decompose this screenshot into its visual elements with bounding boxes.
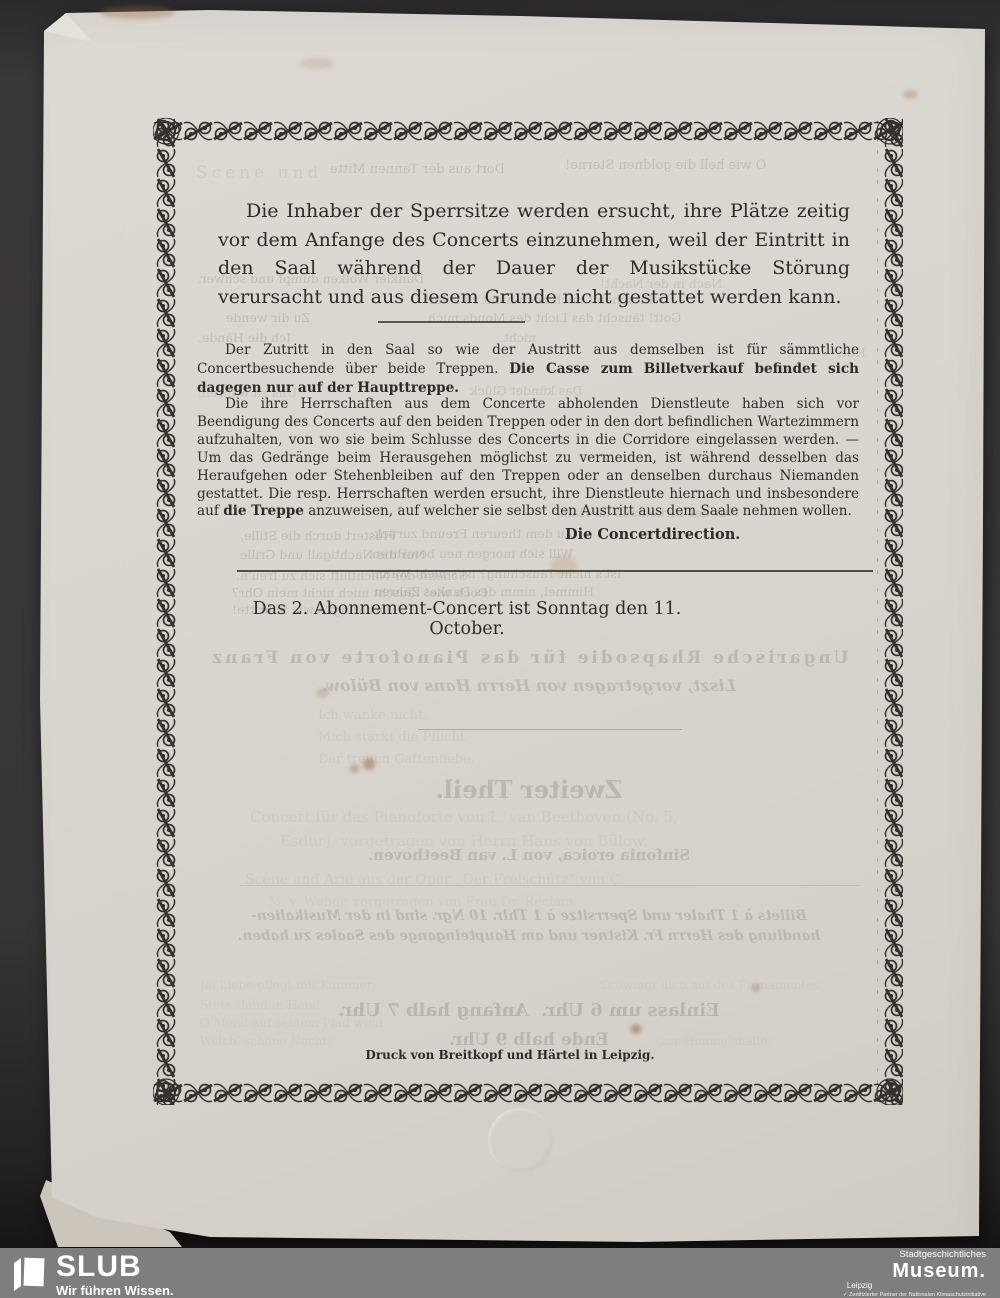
museum-line-stadtgeschichtliches: Stadtgeschichtliches: [843, 1250, 986, 1260]
slub-tagline: Wir führen Wissen.: [56, 1283, 174, 1298]
divider-rule: [237, 570, 873, 572]
embossed-seal: [488, 1108, 552, 1172]
servants-text-pre: Die ihre Herrschaften aus dem Concerte a…: [197, 396, 859, 519]
slub-name: SLUB: [56, 1252, 174, 1282]
divider-rule: [418, 729, 682, 730]
library-watermark-bar: SLUB Wir führen Wissen. Stadtgeschichtli…: [0, 1248, 1000, 1298]
open-book-icon: [12, 1254, 46, 1294]
paper-stain: [903, 90, 918, 99]
concert-direction-signature: Die Concertdirection.: [565, 526, 740, 543]
certification-text: Zertifizierter Partner der Nationalen Kl…: [849, 1292, 986, 1298]
museum-name: Museum.: [843, 1261, 986, 1281]
notice-text: Die Inhaber der Sperrsitze werden ersuch…: [218, 200, 850, 308]
paper-stain: [300, 58, 334, 69]
museum-logo: Stadtgeschichtliches Museum. Leipzig ✓ Z…: [843, 1250, 986, 1298]
divider-rule: [240, 885, 860, 886]
servants-paragraph: Die ihre Herrschaften aus dem Concerte a…: [197, 396, 859, 521]
paper-stain: [100, 6, 175, 19]
museum-certification: ✓ Zertifizierter Partner der Nationalen …: [843, 1293, 986, 1298]
scanned-concert-notice-page: Scene undDort aus der Tannen MitteO wie …: [0, 0, 1000, 1298]
divider-rule: [378, 321, 525, 323]
servants-text-bold: die Treppe: [223, 503, 304, 519]
notice-paragraph: Die Inhaber der Sperrsitze werden ersuch…: [218, 197, 850, 311]
printer-imprint: Druck von Breitkopf und Härtel in Leipzi…: [155, 1048, 865, 1062]
museum-city: Leipzig: [847, 1282, 986, 1290]
access-paragraph: Der Zutritt in den Saal so wie der Austr…: [197, 341, 859, 398]
servants-text-post: anzuweisen, auf welcher sie selbst den A…: [304, 503, 852, 519]
slub-logo: SLUB Wir führen Wissen.: [12, 1252, 174, 1298]
checkmark-icon: ✓: [843, 1292, 848, 1298]
next-concert-announcement: Das 2. Abonnement-Concert ist Sonntag de…: [237, 599, 697, 639]
